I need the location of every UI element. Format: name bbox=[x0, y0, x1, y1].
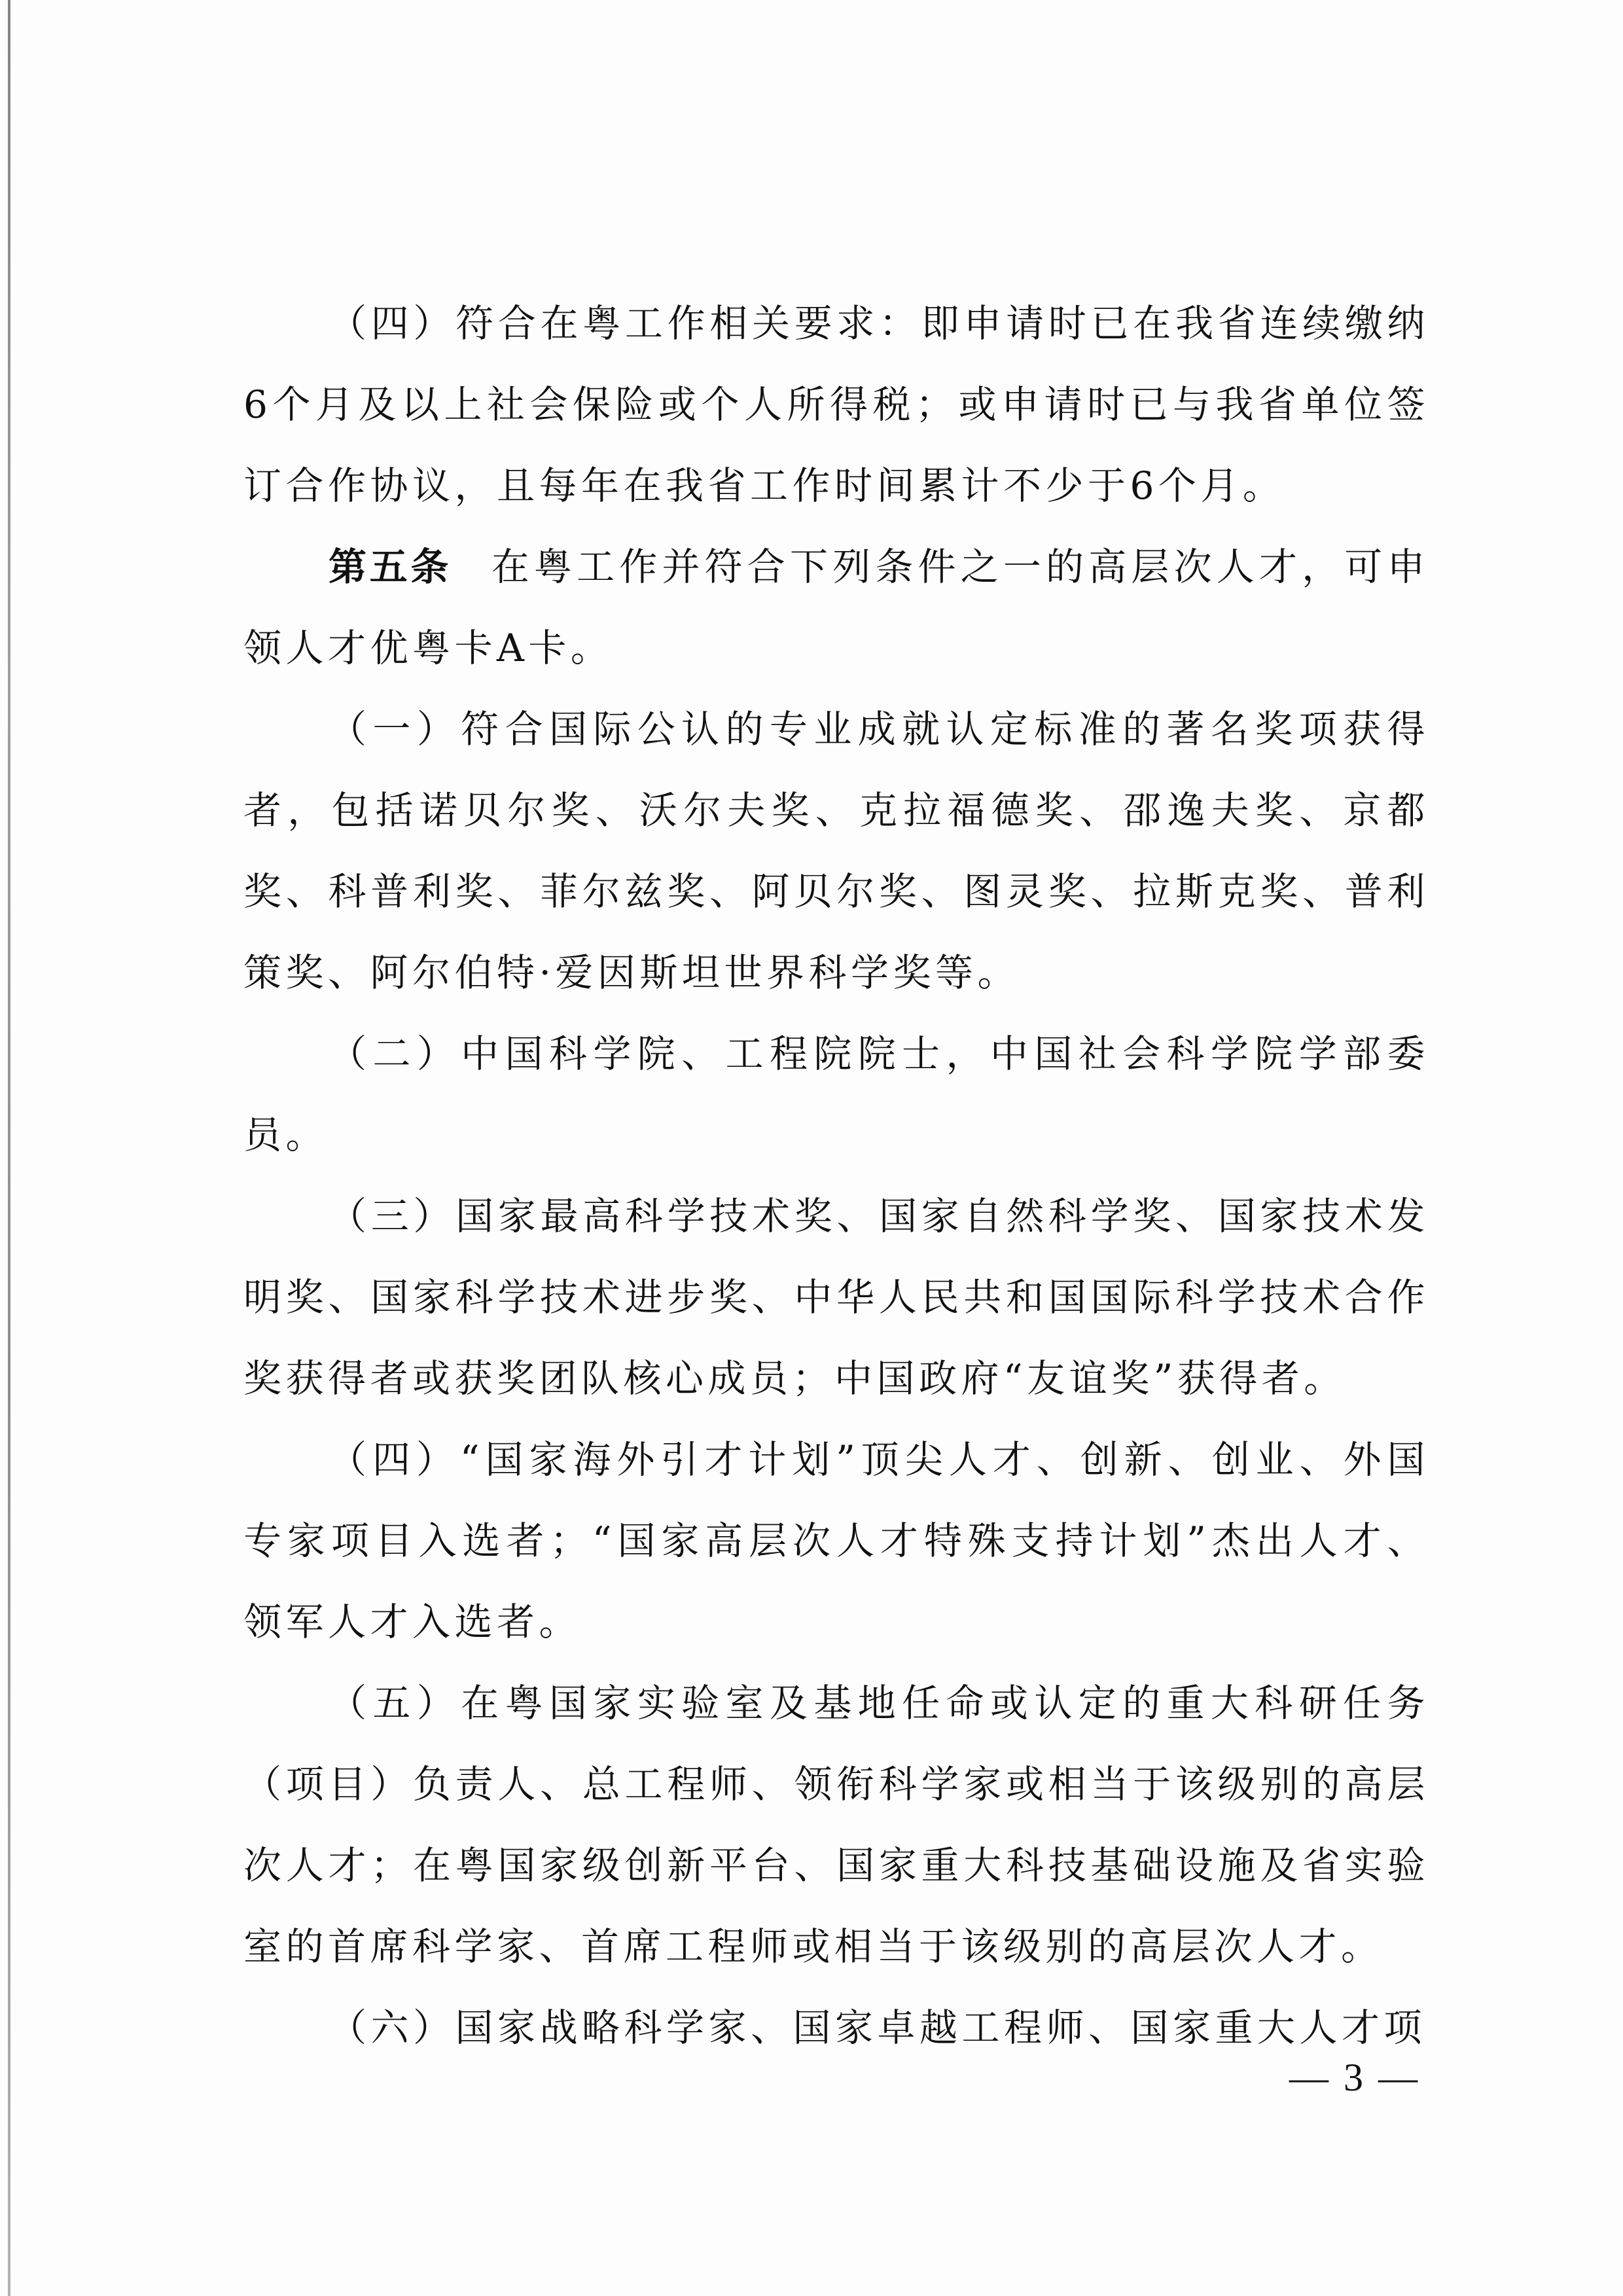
paragraph-item-1: （一）符合国际公认的专业成就认定标准的著名奖项获得者，包括诺贝尔奖、沃尔夫奖、克… bbox=[243, 689, 1429, 1013]
paragraph-item-2: （二）中国科学院、工程院院士，中国社会科学院学部委员。 bbox=[243, 1013, 1429, 1175]
page-number: — 3 — bbox=[1279, 2055, 1430, 2100]
paragraph-requirement-4: （四）符合在粤工作相关要求：即申请时已在我省连续缴纳6个月及以上社会保险或个人所… bbox=[243, 283, 1429, 526]
paragraph-item-3: （三）国家最高科学技术奖、国家自然科学奖、国家技术发明奖、国家科学技术进步奖、中… bbox=[243, 1175, 1429, 1419]
document-body: （四）符合在粤工作相关要求：即申请时已在我省连续缴纳6个月及以上社会保险或个人所… bbox=[243, 283, 1429, 2068]
paragraph-item-4: （四）“国家海外引才计划”顶尖人才、创新、创业、外国专家项目入选者；“国家高层次… bbox=[243, 1419, 1429, 1662]
document-page: （四）符合在粤工作相关要求：即申请时已在我省连续缴纳6个月及以上社会保险或个人所… bbox=[0, 0, 1623, 2296]
paragraph-item-5: （五）在粤国家实验室及基地任命或认定的重大科研任务（项目）负责人、总工程师、领衔… bbox=[243, 1662, 1429, 1987]
article-label: 第五条 bbox=[329, 545, 452, 589]
paragraph-item-6: （六）国家战略科学家、国家卓越工程师、国家重大人才项 bbox=[243, 1987, 1429, 2068]
paragraph-article-5: 第五条在粤工作并符合下列条件之一的高层次人才，可申领人才优粤卡A卡。 bbox=[243, 526, 1429, 689]
scan-edge-artifact bbox=[8, 0, 10, 2296]
